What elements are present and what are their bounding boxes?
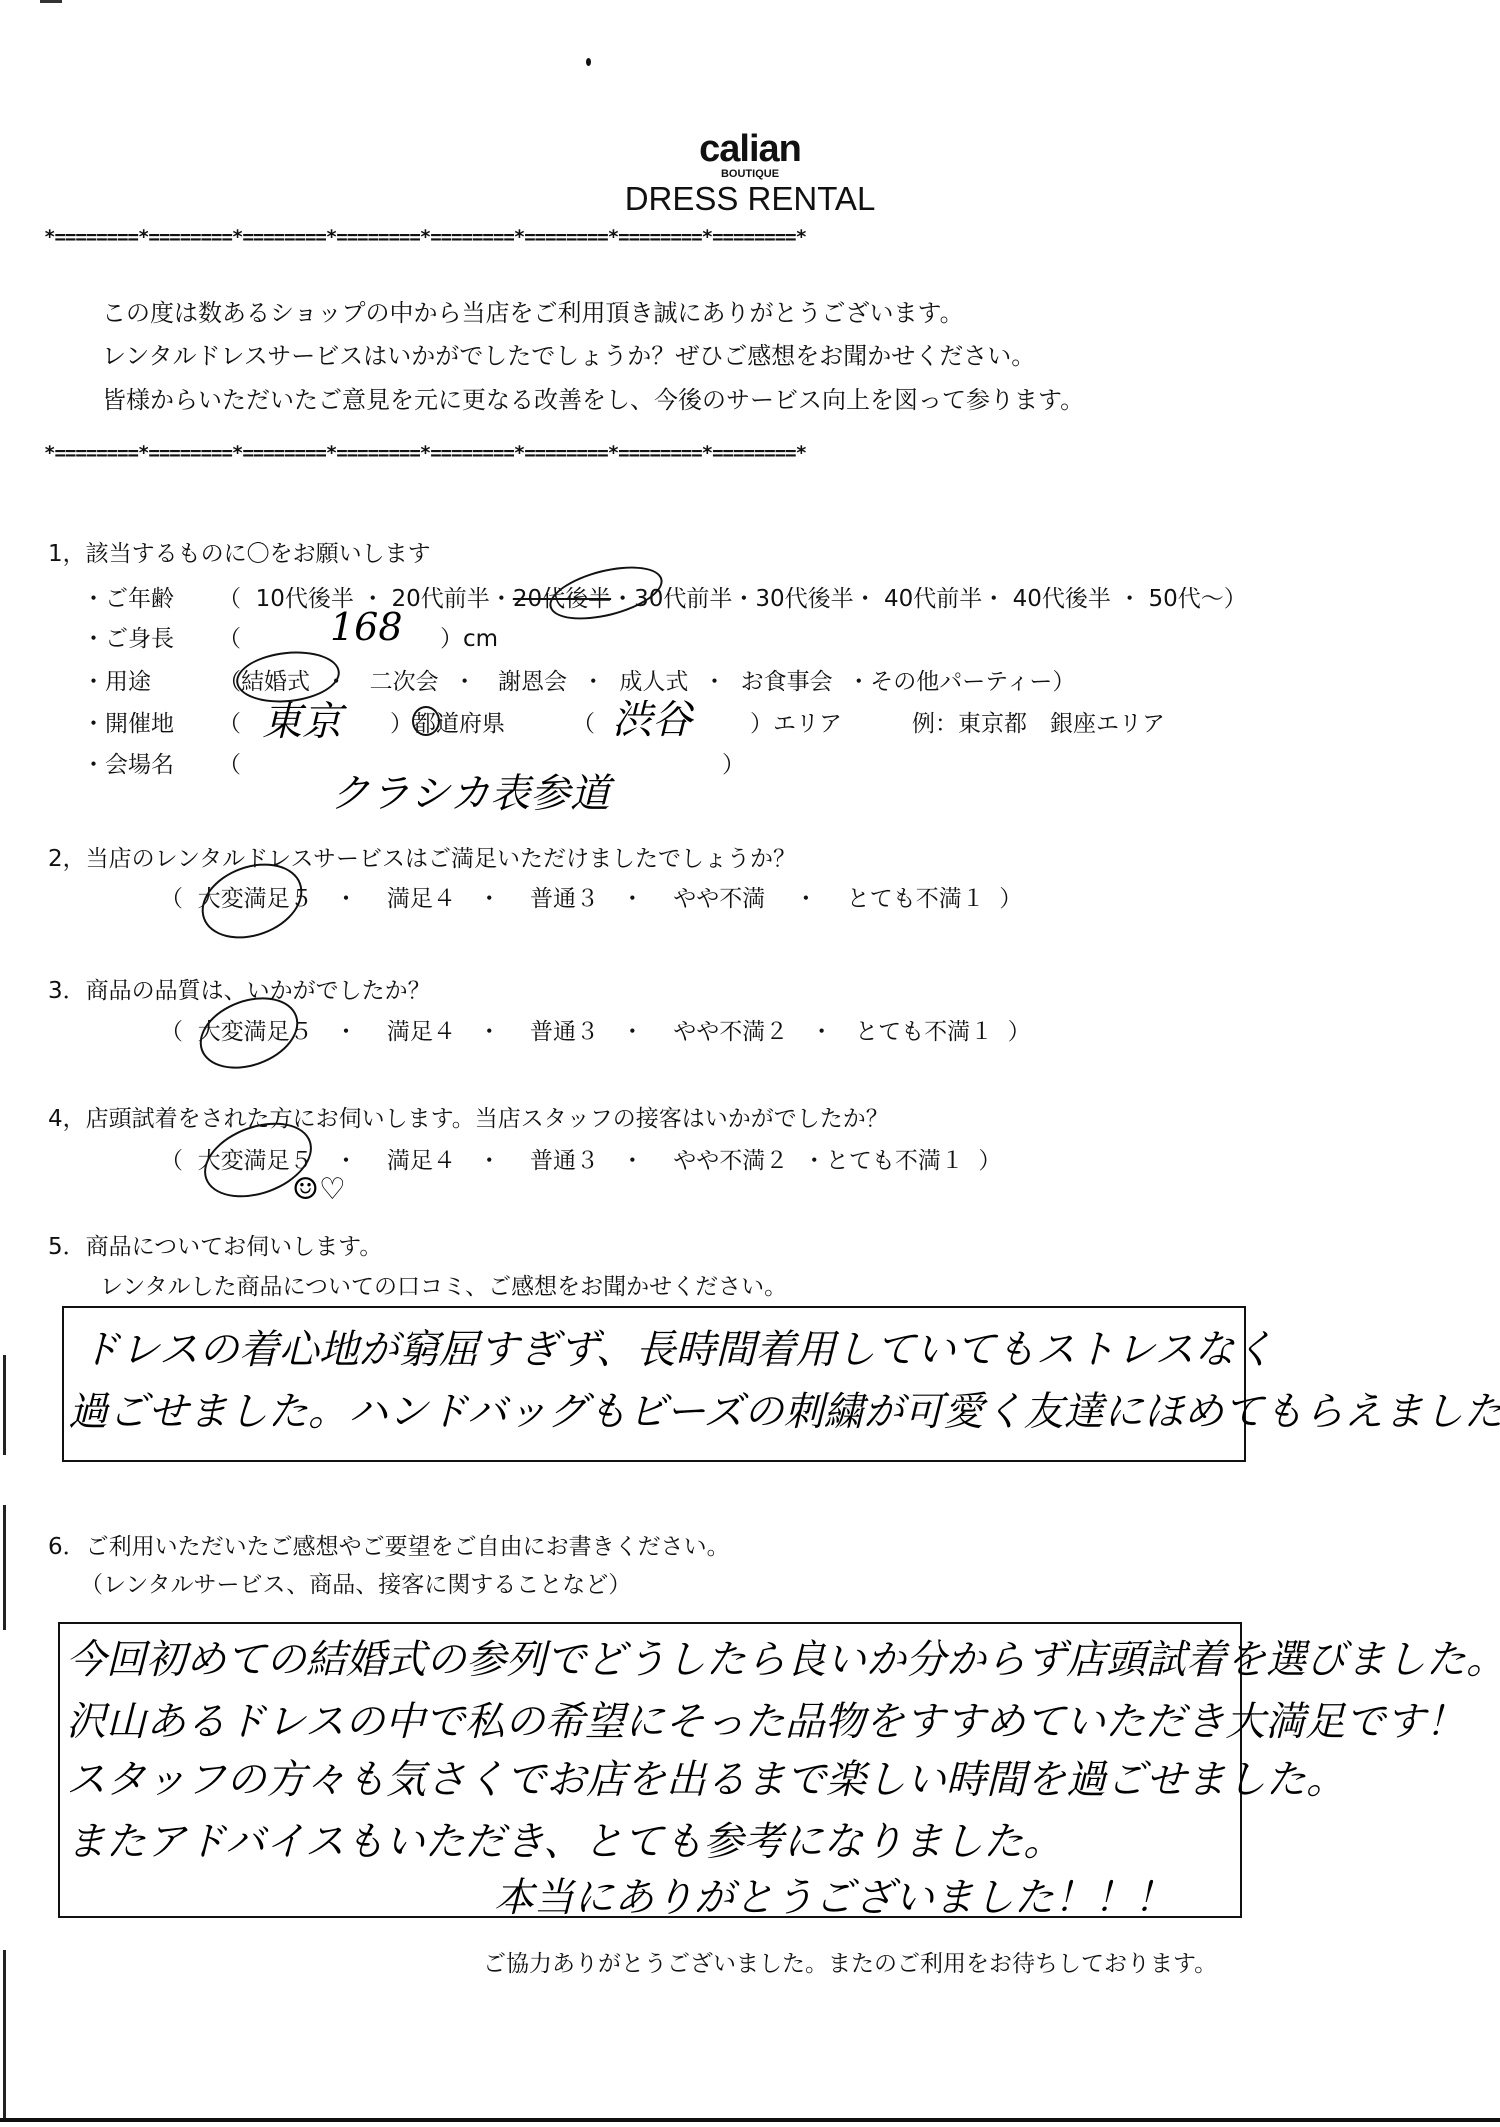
- q6-answer-line-2: 沢山あるドレスの中で私の希望にそった品物をすすめていただき大満足です！: [66, 1690, 1465, 1747]
- age-option[interactable]: 50代〜: [1148, 586, 1223, 612]
- q5-answer-line-2: 過ごせました。ハンドバッグもビーズの刺繍が可愛く友達にほめてもらえました。: [68, 1380, 1500, 1437]
- intro-line-1: この度は数あるショップの中から当店をご利用頂き誠にありがとうございます。: [102, 293, 964, 328]
- q3-heading: 3．商品の品質は、いかがでしたか？: [48, 972, 431, 1005]
- separator-top: *========*========*========*========*===…: [44, 226, 806, 248]
- venue-label: ・開催地: [82, 705, 174, 738]
- venue-prefecture-suffix: ）都道府県: [390, 705, 505, 738]
- q2-option[interactable]: 満足４: [387, 886, 456, 912]
- scan-edge-line: [3, 1355, 6, 1455]
- q6-answer-line-5: 本当にありがとうございました！！！: [494, 1866, 1174, 1923]
- q6-answer-line-1: 今回初めての結婚式の参列でどうしたら良いか分からず店頭試着を選びました。: [66, 1628, 1500, 1685]
- height-unit: ）cm: [440, 620, 498, 653]
- q2-option[interactable]: 普通３: [530, 886, 599, 912]
- q4-option[interactable]: とても不満１: [826, 1148, 964, 1174]
- q4-option[interactable]: やや不満２: [673, 1148, 788, 1174]
- scan-dot-mark: [586, 58, 591, 66]
- q3-option[interactable]: とても不満１: [855, 1019, 993, 1045]
- height-value[interactable]: 168: [330, 605, 403, 649]
- venue-open-paren: （: [218, 705, 241, 738]
- venue-area-open-paren: （: [572, 705, 595, 738]
- q3-option[interactable]: 満足４: [387, 1019, 456, 1045]
- height-label: ・ご身長: [82, 620, 174, 653]
- separator-bottom: *========*========*========*========*===…: [44, 442, 806, 464]
- age-selection-circle: [544, 557, 668, 630]
- age-option[interactable]: 40代後半: [1013, 586, 1111, 612]
- q2-heading: 2，当店のレンタルドレスサービスはご満足いただけましたでしょうか？: [48, 840, 796, 873]
- brand-subtitle: BOUTIQUE: [0, 168, 1500, 180]
- q2-option[interactable]: やや不満: [673, 886, 765, 912]
- venue-prefecture-value[interactable]: 東京: [262, 690, 342, 747]
- q4-heading: 4，店頭試着をされた方にお伺いします。当店スタッフの接客はいかがでしたか？: [48, 1100, 889, 1133]
- smiley-heart-doodle: ☺♡: [292, 1172, 346, 1207]
- hall-label: ・会場名: [82, 746, 174, 779]
- scan-edge-line: [3, 1505, 6, 1630]
- hall-open-paren: （: [218, 746, 241, 779]
- q6-answer-line-4: またアドバイスもいただき、とても参考になりました。: [66, 1810, 1063, 1867]
- purpose-option[interactable]: その他パーティー: [870, 669, 1052, 695]
- q5-answer-line-1: ドレスの着心地が窮屈すぎず、長時間着用していてもストレスなく: [80, 1318, 1274, 1375]
- age-option[interactable]: 30代後半: [755, 586, 853, 612]
- hall-close-paren: ）: [722, 746, 745, 779]
- venue-example: 例：東京都 銀座エリア: [912, 705, 1165, 738]
- purpose-option[interactable]: 謝恩会: [498, 669, 567, 695]
- height-open-paren: （: [218, 620, 241, 653]
- brand-name: calian: [0, 128, 1500, 171]
- intro-line-3: 皆様からいただいたご意見を元に更なる改善をし、今後のサービス向上を図って参ります…: [102, 380, 1084, 415]
- prefecture-selection-circle: [412, 706, 440, 736]
- q6-answer-line-3: スタッフの方々も気さくでお店を出るまで楽しい時間を過ごせました。: [66, 1748, 1346, 1805]
- hall-value[interactable]: クラシカ表参道: [330, 762, 610, 819]
- brand-title: DRESS RENTAL: [0, 180, 1500, 218]
- scan-edge-line: [3, 1950, 6, 2120]
- q6-heading: 6．ご利用いただいたご感想やご要望をご自由にお書きください。: [48, 1528, 730, 1561]
- q3-option[interactable]: やや不満２: [673, 1019, 788, 1045]
- q6-subheading: （レンタルサービス、商品、接客に関することなど）: [80, 1566, 631, 1599]
- purpose-option[interactable]: 二次会: [370, 669, 439, 695]
- intro-line-2: レンタルドレスサービスはいかがでしたでしょうか？ぜひご感想をお聞かせください。: [102, 336, 1035, 371]
- venue-area-suffix: ）エリア: [750, 705, 842, 738]
- q5-subheading: レンタルした商品についての口コミ、ご感想をお聞かせください。: [100, 1268, 787, 1301]
- age-option[interactable]: 40代前半: [884, 586, 982, 612]
- age-option[interactable]: 20代前半: [392, 586, 490, 612]
- scan-bottom-line: [0, 2118, 1500, 2122]
- q4-option[interactable]: 満足４: [387, 1148, 456, 1174]
- q1-heading: 1，該当するものに〇をお願いします: [48, 535, 431, 568]
- purpose-option[interactable]: お食事会: [741, 669, 833, 695]
- purpose-label: ・用途: [82, 663, 151, 696]
- q2-option[interactable]: とても不満１: [847, 886, 985, 912]
- q5-heading: 5．商品についてお伺いします。: [48, 1228, 382, 1261]
- scan-corner-mark: [40, 0, 62, 3]
- venue-area-value[interactable]: 渋谷: [612, 688, 692, 745]
- age-label: ・ご年齢: [82, 580, 174, 613]
- closing-message: ご協力ありがとうございました。またのご利用をお待ちしております。: [483, 1945, 1217, 1978]
- q4-option[interactable]: 普通３: [530, 1148, 599, 1174]
- q3-option[interactable]: 普通３: [530, 1019, 599, 1045]
